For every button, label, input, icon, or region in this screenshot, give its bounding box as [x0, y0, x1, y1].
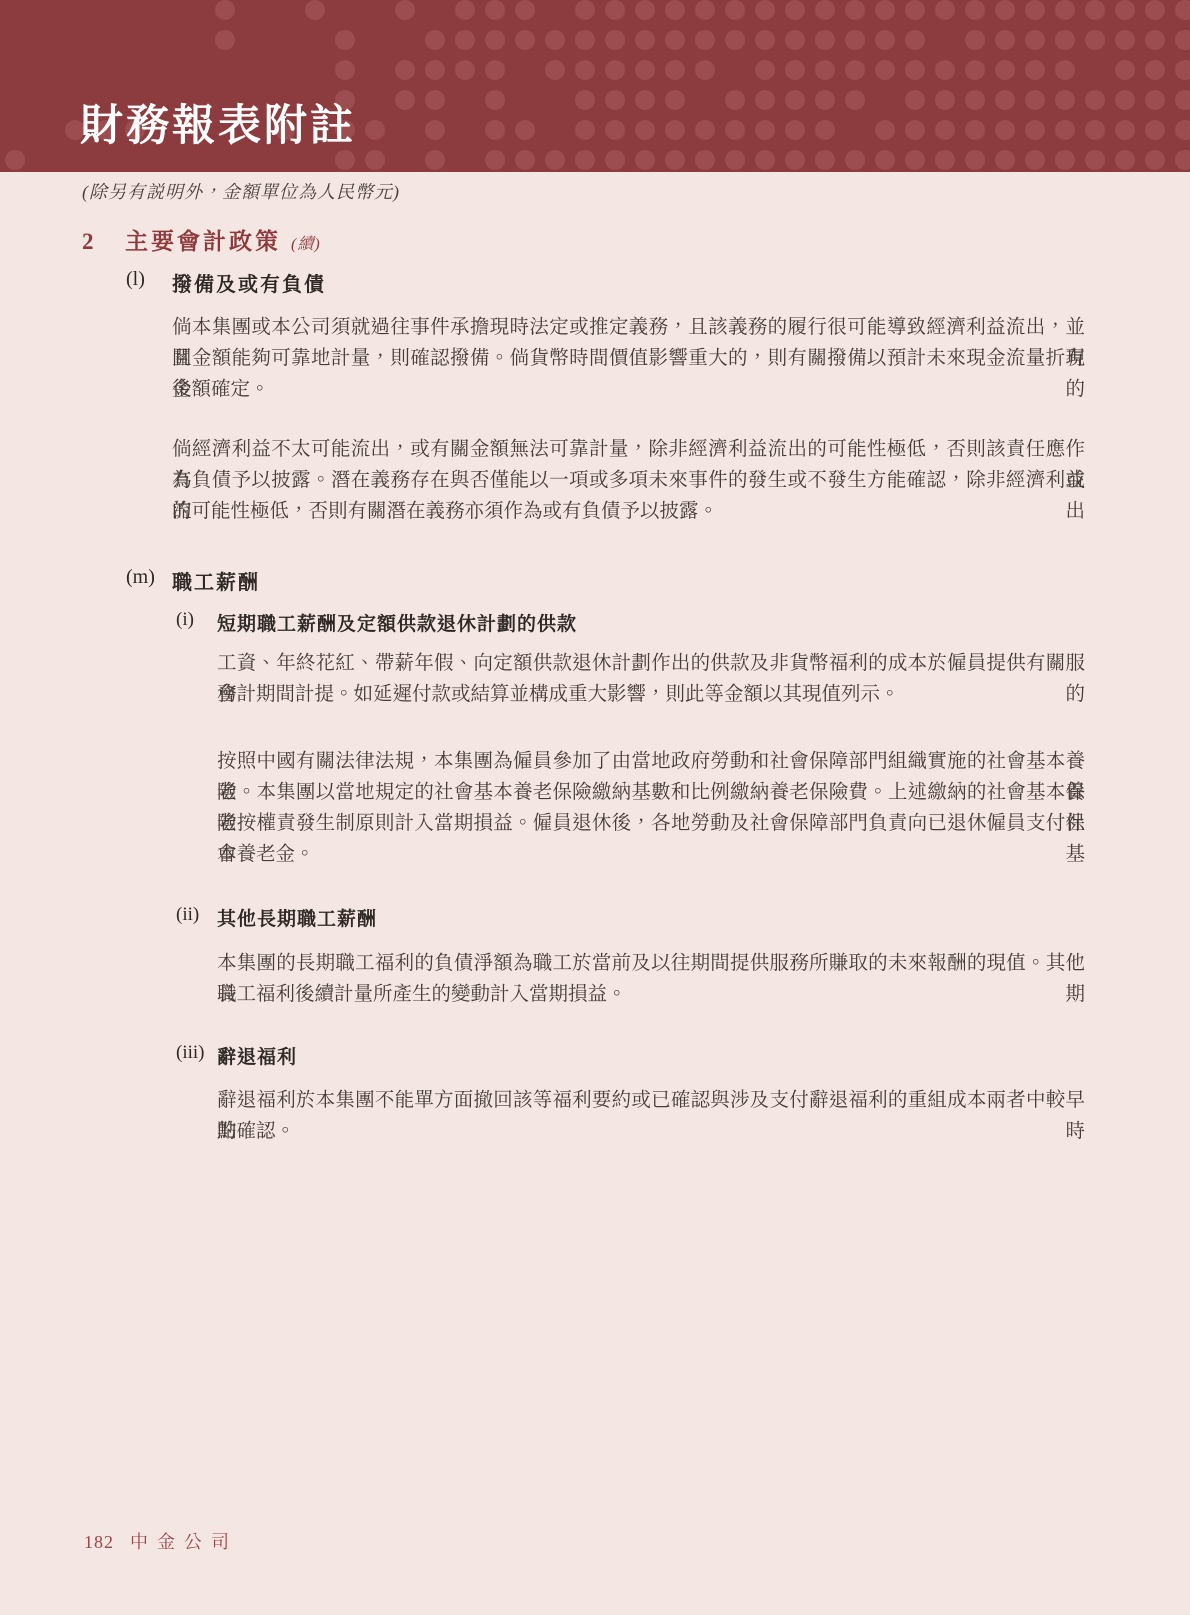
banner-dot [845, 60, 865, 80]
banner-dot [395, 0, 415, 20]
banner-dot [695, 30, 715, 50]
banner-dot [905, 0, 925, 20]
banner-dot [1025, 120, 1045, 140]
banner-dot [1175, 30, 1190, 50]
banner-dot [995, 0, 1015, 20]
banner-dot [905, 90, 925, 110]
banner-dot [605, 120, 625, 140]
banner-dot [965, 60, 985, 80]
banner-dot [605, 60, 625, 80]
subitem-ii-heading: (ii) 其他長期職工薪酬 [176, 904, 377, 931]
banner-dot [965, 30, 985, 50]
subitem-iii-label: (iii) [176, 1042, 217, 1069]
banner-dot [875, 60, 895, 80]
banner-dot [635, 0, 655, 20]
banner-dot [1115, 120, 1135, 140]
banner-dot [1085, 90, 1105, 110]
item-m-heading: (m) 職工薪酬 [126, 566, 260, 595]
banner-dot [785, 120, 805, 140]
banner-dot [1085, 150, 1105, 170]
banner-dot [575, 60, 595, 80]
banner-dot [935, 90, 955, 110]
banner-dot [485, 0, 505, 20]
banner-dot [1115, 60, 1135, 80]
banner-dot [485, 150, 505, 170]
banner-dot [1145, 90, 1165, 110]
banner-dot [695, 0, 715, 20]
banner-dot [845, 0, 865, 20]
banner-dot [455, 30, 475, 50]
text-line: 險按權責發生制原則計入當期損益。僱員退休後，各地勞動及社會保障部門負責向已退休僱… [217, 808, 1085, 839]
banner-dot [785, 60, 805, 80]
text-line: 倘本集團或本公司須就過往事件承擔現時法定或推定義務，且該義務的履行很可能導致經濟… [172, 312, 1085, 343]
banner-dot [1175, 120, 1190, 140]
banner-dot [755, 150, 775, 170]
banner-dot [785, 0, 805, 20]
banner-dot [1025, 0, 1045, 20]
banner-dot [965, 120, 985, 140]
banner-dot [755, 30, 775, 50]
banner-dot [1055, 120, 1075, 140]
banner-dot [725, 150, 745, 170]
banner-dot [905, 120, 925, 140]
banner-dot [215, 0, 235, 20]
banner-dot [995, 60, 1015, 80]
banner-dot [935, 150, 955, 170]
banner-dot [905, 60, 925, 80]
banner-dot [395, 60, 415, 80]
banner-dot [515, 0, 535, 20]
banner-dot [605, 30, 625, 50]
banner-dot [1055, 90, 1075, 110]
banner-dot [575, 150, 595, 170]
text-line: 本集團的長期職工福利的負債淨額為職工於當前及以往期間提供服務所賺取的未來報酬的現… [217, 948, 1085, 979]
banner-dot [995, 120, 1015, 140]
banner-dot [605, 0, 625, 20]
banner-dot [1115, 90, 1135, 110]
banner-dot [335, 60, 355, 80]
banner-dot [545, 150, 565, 170]
text-line: 按照中國有關法律法規，本集團為僱員參加了由當地政府勞動和社會保障部門組織實施的社… [217, 746, 1085, 777]
banner-dot [455, 0, 475, 20]
subitem-i-label: (i) [176, 609, 217, 636]
banner-dot [485, 60, 505, 80]
banner-dot [665, 30, 685, 50]
banner-dot [845, 90, 865, 110]
banner-dot [875, 0, 895, 20]
banner-dot [425, 90, 445, 110]
banner-dot [815, 90, 835, 110]
subitem-ii-label: (ii) [176, 904, 217, 931]
banner-dot [635, 60, 655, 80]
banner-dot [545, 60, 565, 80]
subitem-ii-title: 其他長期職工薪酬 [217, 904, 377, 931]
banner-dot [995, 90, 1015, 110]
banner-dot [1055, 30, 1075, 50]
banner-dot [1115, 30, 1135, 50]
banner-dot [695, 120, 715, 140]
banner-dot [1145, 60, 1165, 80]
banner-dot [365, 120, 385, 140]
page-number: 182 [84, 1532, 114, 1552]
banner-dot [785, 90, 805, 110]
banner-dot [635, 30, 655, 50]
banner-dot [725, 90, 745, 110]
banner-dot [1085, 120, 1105, 140]
banner-dot [905, 150, 925, 170]
banner-dot [1145, 120, 1165, 140]
banner-dot [485, 120, 505, 140]
banner-dot [455, 60, 475, 80]
subitem-i-heading: (i) 短期職工薪酬及定額供款退休計劃的供款 [176, 609, 577, 636]
section-number: 2 [82, 229, 125, 255]
banner-dot [635, 150, 655, 170]
banner-dot [1145, 0, 1165, 20]
banner-dot [515, 30, 535, 50]
banner-dot [1085, 0, 1105, 20]
banner-dot [1175, 90, 1190, 110]
text-line: 關金額能夠可靠地計量，則確認撥備。倘貨幣時間價值影響重大的，則有關撥備以預計未來… [172, 343, 1085, 374]
banner-dot [665, 60, 685, 80]
banner-dot [335, 150, 355, 170]
page-title: 財務報表附註 [80, 103, 356, 150]
text-line: 辭退福利於本集團不能單方面撤回該等福利要約或已確認與涉及支付辭退福利的重組成本兩… [217, 1085, 1085, 1116]
text-line: 有負債予以披露。潛在義務存在與否僅能以一項或多項未來事件的發生或不發生方能確認，… [172, 465, 1085, 496]
banner-dot [815, 30, 835, 50]
banner-dot [485, 30, 505, 50]
banner-dot [1115, 0, 1135, 20]
banner-dot [875, 120, 895, 140]
banner-dot [365, 150, 385, 170]
subitem-i-paragraph-1: 工資、年終花紅、帶薪年假、向定額供款退休計劃作出的供款及非貨幣福利的成本於僱員提… [217, 648, 1085, 710]
item-l-paragraph-1: 倘本集團或本公司須就過往事件承擔現時法定或推定義務，且該義務的履行很可能導致經濟… [172, 312, 1085, 405]
banner-dot [725, 30, 745, 50]
banner-dot [935, 0, 955, 20]
banner-dot [815, 120, 835, 140]
banner-dot [965, 0, 985, 20]
banner-dot [635, 120, 655, 140]
banner-dot [305, 0, 325, 20]
banner-dot [815, 60, 835, 80]
item-m-label: (m) [126, 566, 172, 595]
banner-dot [425, 60, 445, 80]
banner-dot [665, 120, 685, 140]
banner-dot [575, 120, 595, 140]
banner-dot [1115, 150, 1135, 170]
banner-dot [575, 0, 595, 20]
banner-dot [965, 90, 985, 110]
report-page: 財務報表附註 (除另有説明外，金額單位為人民幣元) 2主要會計政策(續) (l)… [0, 0, 1190, 1615]
banner-dot [1025, 60, 1045, 80]
banner-dot [995, 150, 1015, 170]
text-line: 工資、年終花紅、帶薪年假、向定額供款退休計劃作出的供款及非貨幣福利的成本於僱員提… [217, 648, 1085, 679]
item-l-paragraph-2: 倘經濟利益不太可能流出，或有關金額無法可靠計量，除非經濟利益流出的可能性極低，否… [172, 434, 1085, 527]
subitem-iii-title: 辭退福利 [217, 1042, 297, 1069]
banner-dot [1175, 60, 1190, 80]
banner-dot [785, 150, 805, 170]
banner-dot [995, 30, 1015, 50]
banner-dot [725, 0, 745, 20]
subitem-iii-heading: (iii) 辭退福利 [176, 1042, 297, 1069]
banner-dot [545, 30, 565, 50]
item-l-label: (l) [126, 268, 172, 297]
banner-dot [515, 150, 535, 170]
company-name: 中金公司 [130, 1532, 238, 1552]
banner-dot [755, 0, 775, 20]
banner-dot [695, 60, 715, 80]
banner-dot [575, 90, 595, 110]
banner-dot [755, 60, 775, 80]
banner-dot [635, 90, 655, 110]
banner-dot [665, 150, 685, 170]
section-continued-marker: (續) [291, 236, 321, 253]
banner-dot [725, 120, 745, 140]
banner-dot [695, 150, 715, 170]
banner-dot [515, 120, 535, 140]
subitem-iii-paragraph-1: 辭退福利於本集團不能單方面撤回該等福利要約或已確認與涉及支付辭退福利的重組成本兩… [217, 1085, 1085, 1147]
banner-dot [1145, 30, 1165, 50]
item-m-title: 職工薪酬 [172, 566, 260, 595]
banner-dot [1025, 30, 1045, 50]
banner-dot [755, 120, 775, 140]
banner-dot [965, 150, 985, 170]
banner-dot [1025, 150, 1045, 170]
banner-dot [425, 30, 445, 50]
banner-dot [1085, 30, 1105, 50]
page-header-banner: 財務報表附註 [0, 0, 1190, 172]
text-line: 倘經濟利益不太可能流出，或有關金額無法可靠計量，除非經濟利益流出的可能性極低，否… [172, 434, 1085, 465]
section-title: 主要會計政策 [125, 229, 281, 254]
banner-dot [755, 90, 775, 110]
banner-dot [785, 30, 805, 50]
subitem-i-paragraph-2: 按照中國有關法律法規，本集團為僱員參加了由當地政府勞動和社會保障部門組織實施的社… [217, 746, 1085, 870]
banner-dot [1055, 60, 1075, 80]
banner-dot [605, 150, 625, 170]
item-l-title: 撥備及或有負債 [172, 268, 326, 297]
subitem-i-title: 短期職工薪酬及定額供款退休計劃的供款 [217, 609, 577, 636]
banner-dot [1055, 150, 1075, 170]
banner-dot [425, 120, 445, 140]
subitem-ii-paragraph-1: 本集團的長期職工福利的負債淨額為職工於當前及以往期間提供服務所賺取的未來報酬的現… [217, 948, 1085, 1010]
text-line: 險。本集團以當地規定的社會基本養老保險繳納基數和比例繳納養老保險費。上述繳納的社… [217, 777, 1085, 808]
banner-dot [815, 150, 835, 170]
banner-dot [1145, 150, 1165, 170]
banner-dot [665, 90, 685, 110]
banner-dot [395, 90, 415, 110]
banner-dot [1025, 90, 1045, 110]
section-heading: 2主要會計政策(續) [82, 223, 321, 256]
banner-dot [575, 30, 595, 50]
banner-dot [1175, 150, 1190, 170]
banner-dot [935, 120, 955, 140]
banner-dot [665, 0, 685, 20]
banner-dot [485, 90, 505, 110]
banner-dot [335, 30, 355, 50]
banner-dot [845, 30, 865, 50]
banner-dot [605, 90, 625, 110]
banner-dot [215, 30, 235, 50]
banner-dot [425, 150, 445, 170]
banner-dot [905, 30, 925, 50]
banner-dot [1175, 0, 1190, 20]
page-footer: 182中金公司 [84, 1528, 238, 1554]
currency-note: (除另有説明外，金額單位為人民幣元) [82, 178, 400, 204]
banner-dot [1055, 0, 1075, 20]
banner-dot [815, 0, 835, 20]
banner-dot [875, 150, 895, 170]
banner-dot [935, 60, 955, 80]
banner-dot [875, 30, 895, 50]
banner-dot [845, 150, 865, 170]
item-l-heading: (l) 撥備及或有負債 [126, 268, 326, 297]
banner-dot [5, 150, 25, 170]
